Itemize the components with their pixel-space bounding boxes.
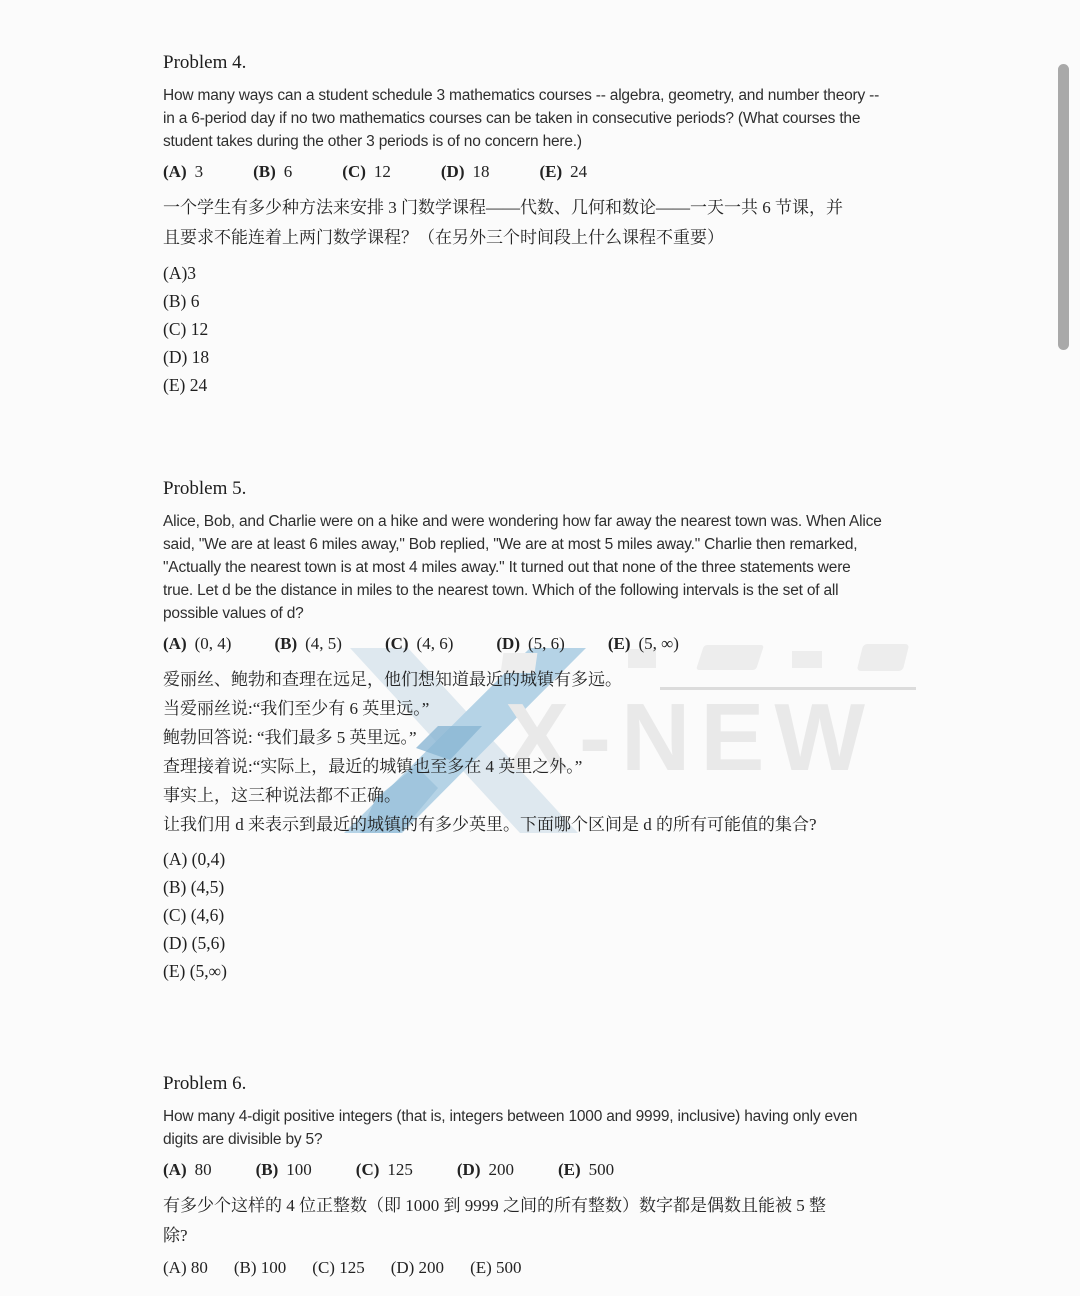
- option-d: (D) 18: [163, 343, 925, 371]
- scrollbar-thumb[interactable]: [1058, 64, 1069, 350]
- option-e: (E) 24: [163, 371, 925, 399]
- problem-5-options-inline: (A)(0, 4) (B)(4, 5) (C)(4, 6) (D)(5, 6) …: [163, 633, 925, 655]
- option-label: (C): [356, 1160, 380, 1179]
- option-value: 500: [589, 1160, 615, 1179]
- option-value: 24: [570, 162, 587, 181]
- option-e: (E)500: [558, 1159, 614, 1181]
- option-value: (5, ∞): [638, 634, 678, 653]
- option-c: (C)(4, 6): [385, 633, 453, 655]
- option-c: (C)125: [356, 1159, 413, 1181]
- option-value: 125: [387, 1160, 413, 1179]
- statement-line: possible values of d?: [163, 602, 925, 625]
- option-label: (D): [496, 634, 520, 653]
- option-value: 200: [489, 1160, 515, 1179]
- option-b: (B)6: [253, 161, 292, 183]
- option-d: (D) (5,6): [163, 929, 925, 957]
- option-value: 3: [195, 162, 204, 181]
- option-value: 6: [284, 162, 293, 181]
- option-label: (B): [274, 634, 297, 653]
- problem-5: Problem 5. Alice, Bob, and Charlie were …: [163, 478, 925, 985]
- problem-5-options-list: (A) (0,4) (B) (4,5) (C) (4,6) (D) (5,6) …: [163, 845, 925, 985]
- option-label: (D): [441, 162, 465, 181]
- problem-5-translation: 爱丽丝、鲍勃和查理在远足，他们想知道最近的城镇有多远。 当爱丽丝说:“我们至少有…: [163, 665, 925, 839]
- option-label: (A): [163, 1160, 187, 1179]
- option-label: (A): [163, 634, 187, 653]
- translation-line: 让我们用 d 来表示到最近的城镇的有多少英里。下面哪个区间是 d 的所有可能值的…: [163, 810, 925, 839]
- statement-line: true. Let d be the distance in miles to …: [163, 579, 925, 602]
- option-value: (0, 4): [195, 634, 232, 653]
- problem-4: Problem 4. How many ways can a student s…: [163, 52, 925, 399]
- translation-line: 爱丽丝、鲍勃和查理在远足，他们想知道最近的城镇有多远。: [163, 665, 925, 694]
- option-label: (C): [342, 162, 366, 181]
- problem-6-translation: 有多少个这样的 4 位正整数（即 1000 到 9999 之间的所有整数）数字都…: [163, 1191, 925, 1251]
- translation-line: 当爱丽丝说:“我们至少有 6 英里远。”: [163, 694, 925, 723]
- statement-line: Alice, Bob, and Charlie were on a hike a…: [163, 510, 925, 533]
- option-d: (D) 200: [391, 1257, 444, 1279]
- problem-6-options-bottom: (A) 80 (B) 100 (C) 125 (D) 200 (E) 500: [163, 1257, 925, 1279]
- option-d: (D)200: [457, 1159, 514, 1181]
- statement-line: in a 6-period day if no two mathematics …: [163, 107, 925, 130]
- statement-line: digits are divisible by 5?: [163, 1128, 925, 1151]
- option-e: (E)(5, ∞): [608, 633, 679, 655]
- problem-6-statement: How many 4-digit positive integers (that…: [163, 1105, 925, 1151]
- option-value: (5, 6): [528, 634, 565, 653]
- translation-line: 鲍勃回答说: “我们最多 5 英里远。”: [163, 723, 925, 752]
- option-value: 12: [374, 162, 391, 181]
- option-a: (A) (0,4): [163, 845, 925, 873]
- translation-line: 事实上，这三种说法都不正确。: [163, 781, 925, 810]
- option-c: (C) (4,6): [163, 901, 925, 929]
- option-b: (B) 100: [234, 1257, 286, 1279]
- option-value: 18: [473, 162, 490, 181]
- problem-6-title: Problem 6.: [163, 1073, 925, 1095]
- option-value: (4, 6): [417, 634, 454, 653]
- translation-line: 有多少个这样的 4 位正整数（即 1000 到 9999 之间的所有整数）数字都…: [163, 1191, 925, 1221]
- problem-4-statement: How many ways can a student schedule 3 m…: [163, 84, 925, 153]
- option-e: (E) 500: [470, 1257, 521, 1279]
- option-e: (E)24: [540, 161, 588, 183]
- option-label: (A): [163, 162, 187, 181]
- option-d: (D)18: [441, 161, 490, 183]
- option-a: (A)3: [163, 161, 203, 183]
- translation-line: 且要求不能连着上两门数学课程？（在另外三个时间段上什么课程不重要）: [163, 223, 925, 253]
- statement-line: "Actually the nearest town is at most 4 …: [163, 556, 925, 579]
- option-value: 100: [286, 1160, 312, 1179]
- option-label: (C): [385, 634, 409, 653]
- problem-4-translation: 一个学生有多少种方法来安排 3 门数学课程——代数、几何和数论——一天一共 6 …: [163, 193, 925, 253]
- problem-6-options-inline: (A)80 (B)100 (C)125 (D)200 (E)500: [163, 1159, 925, 1181]
- translation-line: 一个学生有多少种方法来安排 3 门数学课程——代数、几何和数论——一天一共 6 …: [163, 193, 925, 223]
- option-label: (B): [256, 1160, 279, 1179]
- option-b: (B)100: [256, 1159, 312, 1181]
- option-c: (C) 125: [312, 1257, 364, 1279]
- option-label: (B): [253, 162, 276, 181]
- option-a: (A)3: [163, 259, 925, 287]
- option-a: (A) 80: [163, 1257, 208, 1279]
- option-a: (A)80: [163, 1159, 212, 1181]
- statement-line: said, "We are at least 6 miles away," Bo…: [163, 533, 925, 556]
- option-label: (E): [558, 1160, 581, 1179]
- option-c: (C)12: [342, 161, 391, 183]
- translation-line: 除?: [163, 1221, 925, 1251]
- option-label: (E): [540, 162, 563, 181]
- problem-4-options-list: (A)3 (B) 6 (C) 12 (D) 18 (E) 24: [163, 259, 925, 399]
- problem-6: Problem 6. How many 4-digit positive int…: [163, 1073, 925, 1279]
- problem-5-statement: Alice, Bob, and Charlie were on a hike a…: [163, 510, 925, 625]
- statement-line: How many ways can a student schedule 3 m…: [163, 84, 925, 107]
- option-b: (B) (4,5): [163, 873, 925, 901]
- option-b: (B)(4, 5): [274, 633, 342, 655]
- statement-line: How many 4-digit positive integers (that…: [163, 1105, 925, 1128]
- option-a: (A)(0, 4): [163, 633, 231, 655]
- option-e: (E) (5,∞): [163, 957, 925, 985]
- translation-line: 查理接着说:“实际上，最近的城镇也至多在 4 英里之外。”: [163, 752, 925, 781]
- document-content: Problem 4. How many ways can a student s…: [163, 52, 925, 1279]
- problem-4-title: Problem 4.: [163, 52, 925, 74]
- option-value: (4, 5): [305, 634, 342, 653]
- option-value: 80: [195, 1160, 212, 1179]
- document-page: X-NEW Problem 4. How many ways can a stu…: [0, 0, 1080, 1296]
- option-label: (E): [608, 634, 631, 653]
- option-d: (D)(5, 6): [496, 633, 564, 655]
- option-label: (D): [457, 1160, 481, 1179]
- problem-4-options-inline: (A)3 (B)6 (C)12 (D)18 (E)24: [163, 161, 925, 183]
- statement-line: student takes during the other 3 periods…: [163, 130, 925, 153]
- option-c: (C) 12: [163, 315, 925, 343]
- option-b: (B) 6: [163, 287, 925, 315]
- problem-5-title: Problem 5.: [163, 478, 925, 500]
